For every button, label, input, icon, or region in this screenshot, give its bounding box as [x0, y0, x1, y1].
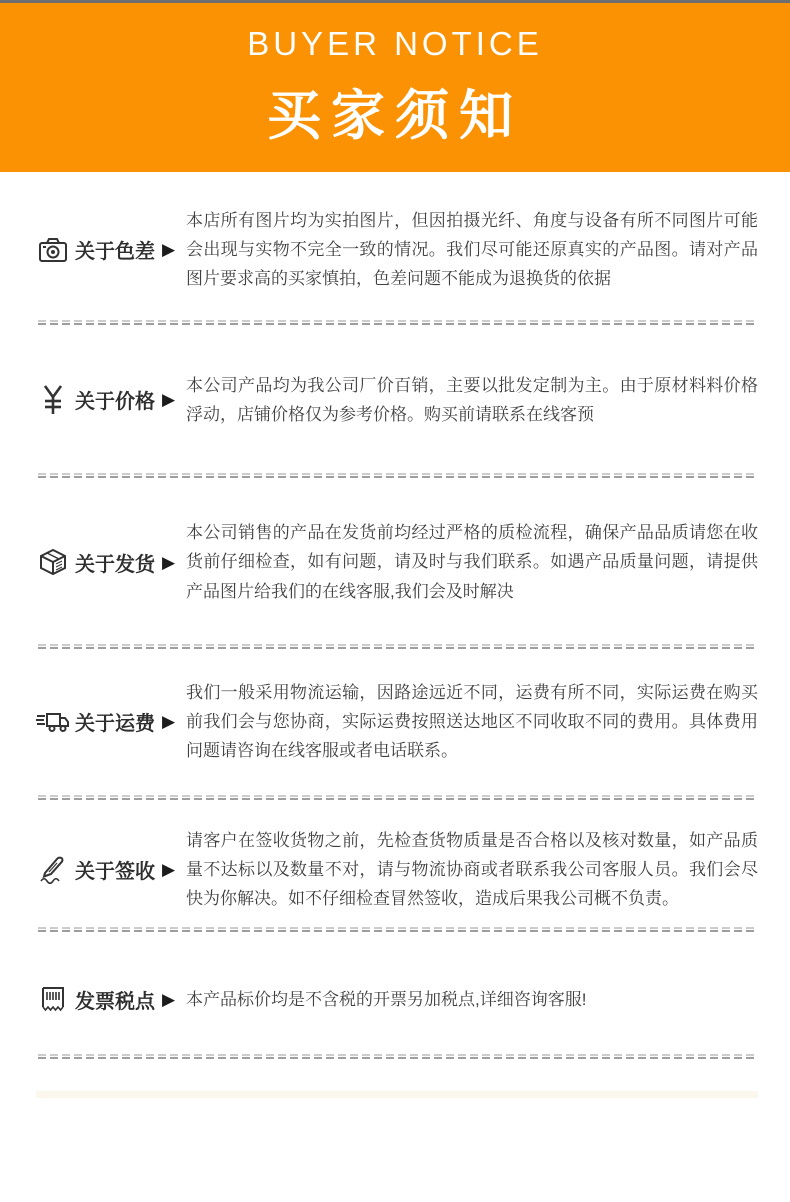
section-label: 关于签收 ▶ — [36, 852, 186, 886]
footer-blank-area — [36, 1091, 758, 1201]
section-text: 本公司销售的产品在发货前均经过严格的质检流程，确保产品品质请您在收货前仔细检查，… — [186, 518, 758, 606]
yen-icon — [36, 383, 70, 417]
triangle-right-icon: ▶ — [162, 554, 175, 571]
section-price: 关于价格 ▶ 本公司产品均为我公司厂价百销，主要以批发定制为主。由于原材料料价格… — [36, 325, 758, 473]
section-label: 关于价格 ▶ — [36, 383, 186, 417]
section-color-difference: 关于色差 ▶ 本店所有图片均为实拍图片，但因拍摄光纤、角度与设备有所不同图片可能… — [36, 172, 758, 320]
receipt-icon — [36, 982, 70, 1016]
section-title: 关于签收 — [75, 855, 155, 884]
section-title: 关于发货 — [75, 548, 155, 577]
section-title: 发票税点 — [75, 985, 155, 1014]
section-title: 关于运费 — [75, 707, 155, 736]
package-icon — [36, 545, 70, 579]
section-title: 关于价格 — [75, 385, 155, 414]
section-text: 本店所有图片均为实拍图片，但因拍摄光纤、角度与设备有所不同图片可能会出现与实物不… — [186, 206, 758, 294]
section-label: 关于色差 ▶ — [36, 233, 186, 267]
triangle-right-icon: ▶ — [162, 991, 175, 1008]
section-label: 关于运费 ▶ — [36, 705, 186, 739]
footer-cream-strip — [36, 1091, 758, 1098]
section-sign-receipt: 关于签收 ▶ 请客户在签收货物之前，先检查货物质量是否合格以及核对数量，如产品质… — [36, 800, 758, 928]
section-text: 我们一般采用物流运输，因路途远近不同，运费有所不同，实际运费在购买前我们会与您协… — [186, 678, 758, 766]
dashed-divider — [38, 1054, 756, 1059]
truck-icon — [36, 705, 70, 739]
section-label: 发票税点 ▶ — [36, 982, 186, 1016]
triangle-right-icon: ▶ — [162, 713, 175, 730]
notice-body: 关于色差 ▶ 本店所有图片均为实拍图片，但因拍摄光纤、角度与设备有所不同图片可能… — [0, 172, 790, 1201]
section-text: 本公司产品均为我公司厂价百销，主要以批发定制为主。由于原材料料价格浮动，店铺价格… — [186, 371, 758, 429]
header-subtitle: BUYER NOTICE — [247, 25, 543, 63]
camera-icon — [36, 233, 70, 267]
section-label: 关于发货 ▶ — [36, 545, 186, 579]
triangle-right-icon: ▶ — [162, 241, 175, 258]
section-shipping: 关于发货 ▶ 本公司销售的产品在发货前均经过严格的质检流程，确保产品品质请您在收… — [36, 478, 758, 644]
section-text: 请客户在签收货物之前，先检查货物质量是否合格以及核对数量，如产品质量不达标以及数… — [186, 826, 758, 914]
page-title: 买家须知 — [267, 73, 523, 150]
pen-icon — [36, 852, 70, 886]
triangle-right-icon: ▶ — [162, 391, 175, 408]
buyer-notice-header: BUYER NOTICE 买家须知 — [0, 3, 790, 172]
triangle-right-icon: ▶ — [162, 861, 175, 878]
section-invoice-tax: 发票税点 ▶ 本产品标价均是不含税的开票另加税点,详细咨询客服! — [36, 932, 758, 1054]
section-text: 本产品标价均是不含税的开票另加税点,详细咨询客服! — [186, 985, 758, 1014]
section-freight: 关于运费 ▶ 我们一般采用物流运输，因路途远近不同，运费有所不同，实际运费在购买… — [36, 649, 758, 795]
section-title: 关于色差 — [75, 235, 155, 264]
